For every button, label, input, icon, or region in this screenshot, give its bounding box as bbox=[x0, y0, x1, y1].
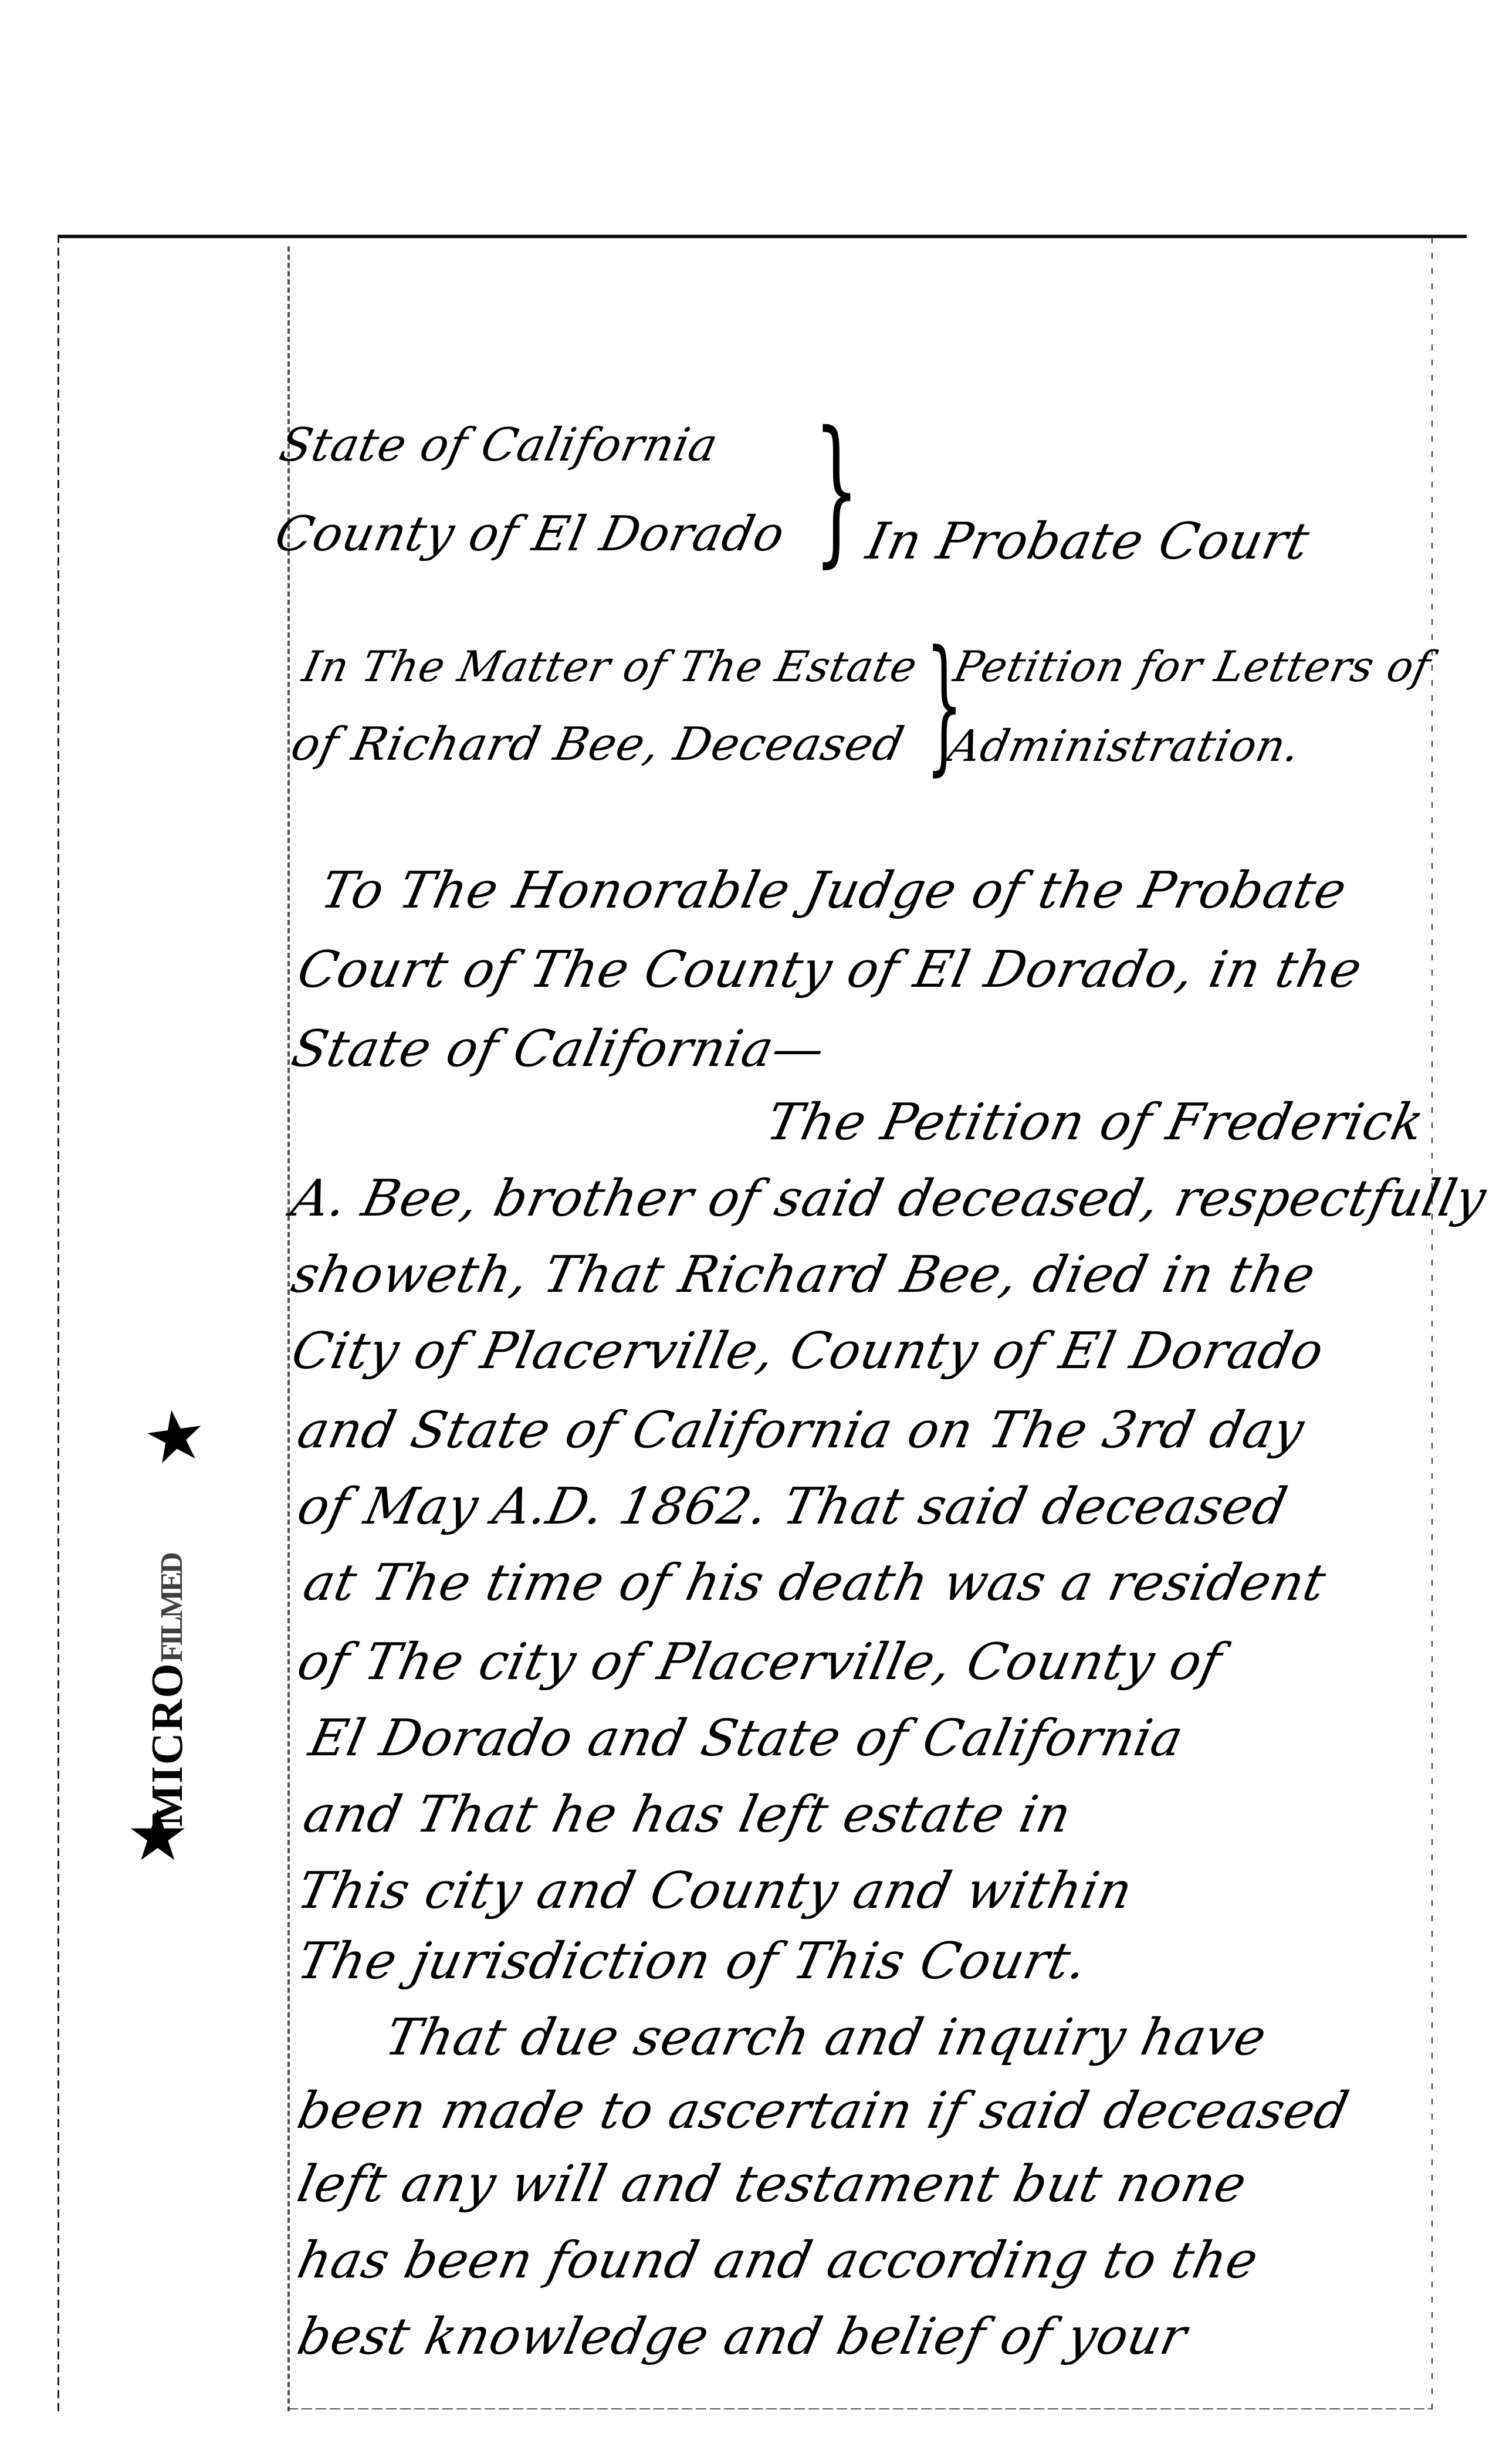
venue-state: State of California bbox=[276, 422, 722, 468]
body-line-17: been made to ascertain if said deceased bbox=[293, 2086, 1353, 2136]
body-line-18: left any will and testament but none bbox=[293, 2159, 1251, 2209]
margin-rule bbox=[287, 246, 290, 2411]
page-border-left bbox=[57, 235, 59, 2411]
body-line-14: This city and County and within bbox=[293, 1866, 1137, 1916]
body-line-3: State of California— bbox=[287, 1024, 830, 1074]
body-line-9: of May A.D. 1862. That said deceased bbox=[293, 1481, 1292, 1532]
body-line-12: El Dorado and State of California bbox=[305, 1713, 1188, 1764]
body-line-8: and State of California on The 3rd day bbox=[293, 1405, 1309, 1456]
star-icon: ★ bbox=[126, 1801, 189, 1871]
microfilm-stamp: ★ MICROFILMED ★ bbox=[126, 1402, 202, 1877]
page-border-top bbox=[59, 235, 1467, 238]
microfilm-stamp-text: MICROFILMED bbox=[142, 1475, 193, 1827]
petition-title-line-2: Administration. bbox=[945, 725, 1304, 768]
stamp-text-faded: FILMED bbox=[155, 1554, 189, 1662]
body-line-16: That due search and inquiry have bbox=[381, 2012, 1271, 2063]
body-line-20: best knowledge and belief of your bbox=[293, 2311, 1192, 2362]
petition-title-line-1: Petition for Letters of bbox=[950, 645, 1434, 688]
matter-line-2: of Richard Bee, Deceased bbox=[287, 722, 908, 767]
body-line-6: showeth, That Richard Bee, died in the bbox=[287, 1250, 1320, 1300]
body-line-5: A. Bee, brother of said deceased, respec… bbox=[287, 1173, 1491, 1224]
body-line-4: The Petition of Frederick bbox=[763, 1097, 1429, 1148]
body-line-7: City of Placerville, County of El Dorado bbox=[287, 1326, 1328, 1376]
page-border-right bbox=[1431, 238, 1433, 2414]
caption-brace: } bbox=[814, 411, 859, 569]
body-line-1: To The Honorable Judge of the Probate bbox=[317, 865, 1351, 916]
body-line-15: The jurisdiction of This Court. bbox=[293, 1936, 1092, 1986]
body-line-10: at The time of his death was a resident bbox=[299, 1558, 1331, 1608]
matter-line-1: In The Matter of The Estate bbox=[299, 645, 921, 688]
body-line-2: Court of The County of El Dorado, in the bbox=[293, 945, 1366, 995]
court-name: In Probate Court bbox=[862, 516, 1314, 567]
body-line-13: and That he has left estate in bbox=[299, 1789, 1076, 1840]
body-line-19: has been found and according to the bbox=[293, 2235, 1263, 2286]
body-line-11: of The city of Placerville, County of bbox=[293, 1637, 1226, 1687]
page-border-bottom bbox=[287, 2408, 1431, 2409]
star-icon: ★ bbox=[139, 1398, 211, 1477]
venue-county: County of El Dorado bbox=[271, 510, 789, 559]
